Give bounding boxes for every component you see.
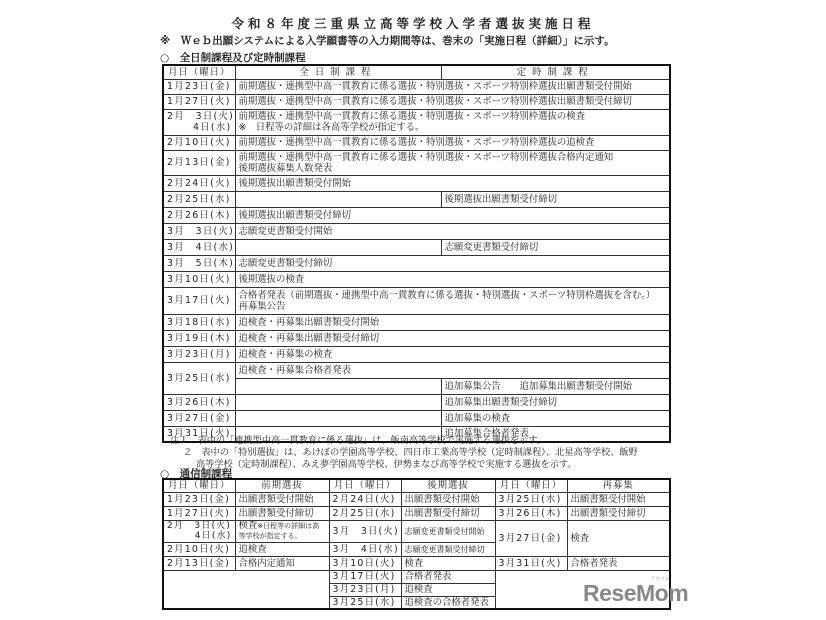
row-date: 3月19日(木): [163, 330, 235, 346]
early-event-main: 検査: [239, 520, 258, 531]
table-row: 2月24日(火) 後期選抜出願書類受付開始: [163, 175, 670, 191]
header-date-late: 月日（曜日）: [329, 479, 401, 492]
row-date: 3月26日(木): [163, 394, 235, 410]
table-row: 追加募集公告 追加募集出願書類受付開始: [163, 378, 670, 394]
late-date: 3月17日(火): [329, 570, 401, 583]
early-date: 2月13日(金): [163, 556, 235, 570]
resemom-watermark-logo: ReseMom: [583, 580, 688, 607]
early-event: 合格内定通知: [235, 556, 329, 570]
early-event-note: ※日程等の詳細は高: [257, 522, 319, 530]
late-event: 志願変更書類受付締切: [401, 542, 495, 556]
row-event-both: 後期選抜出願書類受付開始: [235, 175, 670, 191]
table-row: 3月 3日(火) 志願変更書類受付開始: [163, 223, 670, 239]
table-row: 2月25日(水) 後期選抜出願書類受付締切: [163, 191, 670, 207]
re-date: 3月26日(木): [495, 506, 567, 520]
early-event: 出願書類受付開始: [235, 492, 329, 506]
row-event-fulltime: [235, 191, 441, 207]
header-date-re: 月日（曜日）: [495, 479, 567, 492]
late-event: 合格者発表: [401, 570, 495, 583]
document-title: 令和８年度三重県立高等学校入学者選抜実施日程: [0, 14, 826, 32]
header-parttime: 定時制課程: [441, 65, 670, 79]
footnote-2-cont: 高等学校（定時制課程）、みえ夢学園高等学校、伊勢まなび高等学校で実施する選抜を示…: [196, 456, 577, 470]
row-date: 2月26日(木): [163, 207, 235, 223]
row-event-both: 追検査・再募集の検査: [235, 346, 670, 362]
row-event-both: 追検査・再募集出願書類受付締切: [235, 330, 670, 346]
row-event-both: 前期選抜・連携型中高一貫教育に係る選抜・特別選抜・スポーツ特別枠選抜の検査 ※ …: [235, 109, 670, 135]
header-re: 再募集: [567, 479, 670, 492]
row-event-fulltime: [235, 394, 441, 410]
header-late: 後期選抜: [401, 479, 495, 492]
row-date: 1月27日(火): [163, 94, 235, 109]
row-event-both: 前期選抜・連携型中高一貫教育に係る選抜・特別選抜・スポーツ特別枠選抜出願書類受付…: [235, 94, 670, 109]
fulltime-parttime-schedule-table: 月日（曜日） 全日制課程 定時制課程 1月23日(金) 前期選抜・連携型中高一貫…: [162, 64, 671, 443]
table-row: 1月23日(金) 出願書類受付開始 2月24日(火) 出願書類受付開始 3月25…: [163, 492, 670, 506]
row-date: 3月17日(火): [163, 287, 235, 314]
late-event: 検査: [401, 556, 495, 570]
early-date: 1月27日(火): [163, 506, 235, 520]
row-date: 2月 3日(火) 4日(水): [163, 109, 235, 135]
early-date-line2: 4日(水): [167, 531, 232, 541]
late-date: 3月 3日(火): [329, 520, 401, 542]
late-date: 3月25日(水): [329, 596, 401, 609]
early-event: 追検査: [235, 542, 329, 556]
row-event-line1: 合格者発表（前期選抜・連携型中高一貫教育に係る選抜・特別選抜・スポーツ特別枠選抜…: [239, 290, 667, 301]
table-row: 2月 3日(火) 4日(水) 検査※日程等の詳細は高 等学校が指定する。 3月 …: [163, 520, 670, 531]
re-date: 3月25日(水): [495, 492, 567, 506]
row-date: 3月 4日(水): [163, 239, 235, 255]
row-date: 2月13日(金): [163, 150, 235, 175]
web-application-note: ※ Ｗｅｂ出願システムによる入学願書等の入力期間等は、巻末の「実施日程（詳細）」…: [160, 33, 615, 48]
re-date: 3月27日(金): [495, 520, 567, 556]
header-date-early: 月日（曜日）: [163, 479, 235, 492]
early-date: 2月10日(火): [163, 542, 235, 556]
table-row: 2月 3日(火) 4日(水) 前期選抜・連携型中高一貫教育に係る選抜・特別選抜・…: [163, 109, 670, 135]
row-event-both: 後期選抜の検査: [235, 271, 670, 287]
row-event-both: 合格者発表（前期選抜・連携型中高一貫教育に係る選抜・特別選抜・スポーツ特別枠選抜…: [235, 287, 670, 314]
row-date: 1月23日(金): [163, 79, 235, 94]
table-header-row: 月日（曜日） 前期選抜 月日（曜日） 後期選抜 月日（曜日） 再募集: [163, 479, 670, 492]
row-event-fulltime-empty: [235, 378, 441, 394]
row-date: 3月 5日(木): [163, 255, 235, 271]
table-row: 2月10日(火) 前期選抜・連携型中高一貫教育に係る選抜・特別選抜・スポーツ特別…: [163, 135, 670, 150]
late-date: 2月24日(火): [329, 492, 401, 506]
late-date: 3月 4日(水): [329, 542, 401, 556]
resemom-watermark-sub: リセマム: [650, 575, 670, 582]
row-event-line1: 前期選抜・連携型中高一貫教育に係る選抜・特別選抜・スポーツ特別枠選抜合格内定通知: [239, 152, 667, 163]
row-event-both: 追検査・再募集出願書類受付開始: [235, 314, 670, 330]
row-event-both: 後期選抜出願書類受付締切: [235, 207, 670, 223]
re-event: 合格者発表: [567, 556, 670, 570]
late-event: 志願変更書類受付開始: [401, 520, 495, 542]
late-event: 出願書類受付開始: [401, 492, 495, 506]
early-event-note2: 等学校が指定する。: [239, 531, 326, 541]
table-row: 1月27日(火) 前期選抜・連携型中高一貫教育に係る選抜・特別選抜・スポーツ特別…: [163, 94, 670, 109]
row-event-line2: 再募集公告: [239, 301, 667, 312]
row-event-both: 志願変更書類受付締切: [235, 255, 670, 271]
row-event-both: 前期選抜・連携型中高一貫教育に係る選抜・特別選抜・スポーツ特別枠選抜出願書類受付…: [235, 79, 670, 94]
table-row: 3月26日(木) 追加募集出願書類受付締切: [163, 394, 670, 410]
row-event-both: 追検査・再募集合格者発表: [235, 362, 670, 378]
row-date: 3月18日(水): [163, 314, 235, 330]
re-event: 出願書類受付開始: [567, 492, 670, 506]
row-event-line1: 前期選抜・連携型中高一貫教育に係る選抜・特別選抜・スポーツ特別枠選抜の検査: [239, 111, 667, 122]
early-event: 検査※日程等の詳細は高 等学校が指定する。: [235, 520, 329, 542]
early-event: 出願書類受付締切: [235, 506, 329, 520]
re-date: 3月31日(火): [495, 556, 567, 570]
late-event: 出願書類受付締切: [401, 506, 495, 520]
row-event-fulltime: [235, 239, 441, 255]
row-event-parttime: 後期選抜出願書類受付締切: [441, 191, 670, 207]
header-fulltime: 全日制課程: [235, 65, 441, 79]
re-event: 検査: [567, 520, 670, 556]
row-event-fulltime: [235, 410, 441, 426]
early-date: 1月23日(金): [163, 492, 235, 506]
row-event-parttime: 志願変更書類受付締切: [441, 239, 670, 255]
row-date: 2月10日(火): [163, 135, 235, 150]
row-date: 2月25日(水): [163, 191, 235, 207]
table-row: 3月17日(火) 合格者発表（前期選抜・連携型中高一貫教育に係る選抜・特別選抜・…: [163, 287, 670, 314]
row-date: 3月27日(金): [163, 410, 235, 426]
header-early: 前期選抜: [235, 479, 329, 492]
row-event-both: 前期選抜・連携型中高一貫教育に係る選抜・特別選抜・スポーツ特別枠選抜の追検査: [235, 135, 670, 150]
row-date: 3月10日(火): [163, 271, 235, 287]
early-empty: [163, 570, 329, 609]
table-row: 3月10日(火) 後期選抜の検査: [163, 271, 670, 287]
table-row: 3月18日(水) 追検査・再募集出願書類受付開始: [163, 314, 670, 330]
row-event-line2: 後期選抜募集人数発表: [239, 163, 667, 174]
row-event-both: 前期選抜・連携型中高一貫教育に係る選抜・特別選抜・スポーツ特別枠選抜合格内定通知…: [235, 150, 670, 175]
row-event-line2: ※ 日程等の詳細は各高等学校が指定する。: [239, 122, 667, 133]
late-event: 追検査: [401, 583, 495, 596]
row-event-both: 志願変更書類受付開始: [235, 223, 670, 239]
late-date: 3月10日(火): [329, 556, 401, 570]
row-event-parttime: 追加募集公告 追加募集出願書類受付開始: [441, 378, 670, 394]
table-row: 3月23日(月) 追検査・再募集の検査: [163, 346, 670, 362]
early-date-line1: 2月 3日(火): [167, 521, 232, 531]
row-date: 2月24日(火): [163, 175, 235, 191]
row-date: 3月23日(月): [163, 346, 235, 362]
table-header-row: 月日（曜日） 全日制課程 定時制課程: [163, 65, 670, 79]
row-date-line1: 2月 3日(火): [167, 111, 232, 122]
late-date: 3月23日(月): [329, 583, 401, 596]
table-row: 3月 4日(水) 志願変更書類受付締切: [163, 239, 670, 255]
table-row: 2月13日(金) 前期選抜・連携型中高一貫教育に係る選抜・特別選抜・スポーツ特別…: [163, 150, 670, 175]
re-event: 出願書類受付締切: [567, 506, 670, 520]
table-row: 3月27日(金) 追加募集の検査: [163, 410, 670, 426]
table-row: 3月25日(水) 追検査・再募集合格者発表: [163, 362, 670, 378]
table-row: 2月26日(木) 後期選抜出願書類受付締切: [163, 207, 670, 223]
row-date: 3月 3日(火): [163, 223, 235, 239]
table-row: 3月19日(木) 追検査・再募集出願書類受付締切: [163, 330, 670, 346]
table-row: 2月13日(金) 合格内定通知 3月10日(火) 検査 3月31日(火) 合格者…: [163, 556, 670, 570]
late-event: 追検査の合格者発表: [401, 596, 495, 609]
late-date: 2月25日(水): [329, 506, 401, 520]
early-date: 2月 3日(火) 4日(水): [163, 520, 235, 542]
table-row: 3月 5日(木) 志願変更書類受付締切: [163, 255, 670, 271]
section-heading-fulltime-parttime: ○ 全日制課程及び定時制課程: [160, 50, 306, 65]
table-row: 1月23日(金) 前期選抜・連携型中高一貫教育に係る選抜・特別選抜・スポーツ特別…: [163, 79, 670, 94]
table-row: 1月27日(火) 出願書類受付締切 2月25日(水) 出願書類受付締切 3月26…: [163, 506, 670, 520]
header-date: 月日（曜日）: [163, 65, 235, 79]
row-event-parttime: 追加募集出願書類受付締切: [441, 394, 670, 410]
row-date-line2: 4日(水): [167, 122, 232, 133]
row-event-parttime: 追加募集の検査: [441, 410, 670, 426]
row-date: 3月25日(水): [163, 362, 235, 394]
